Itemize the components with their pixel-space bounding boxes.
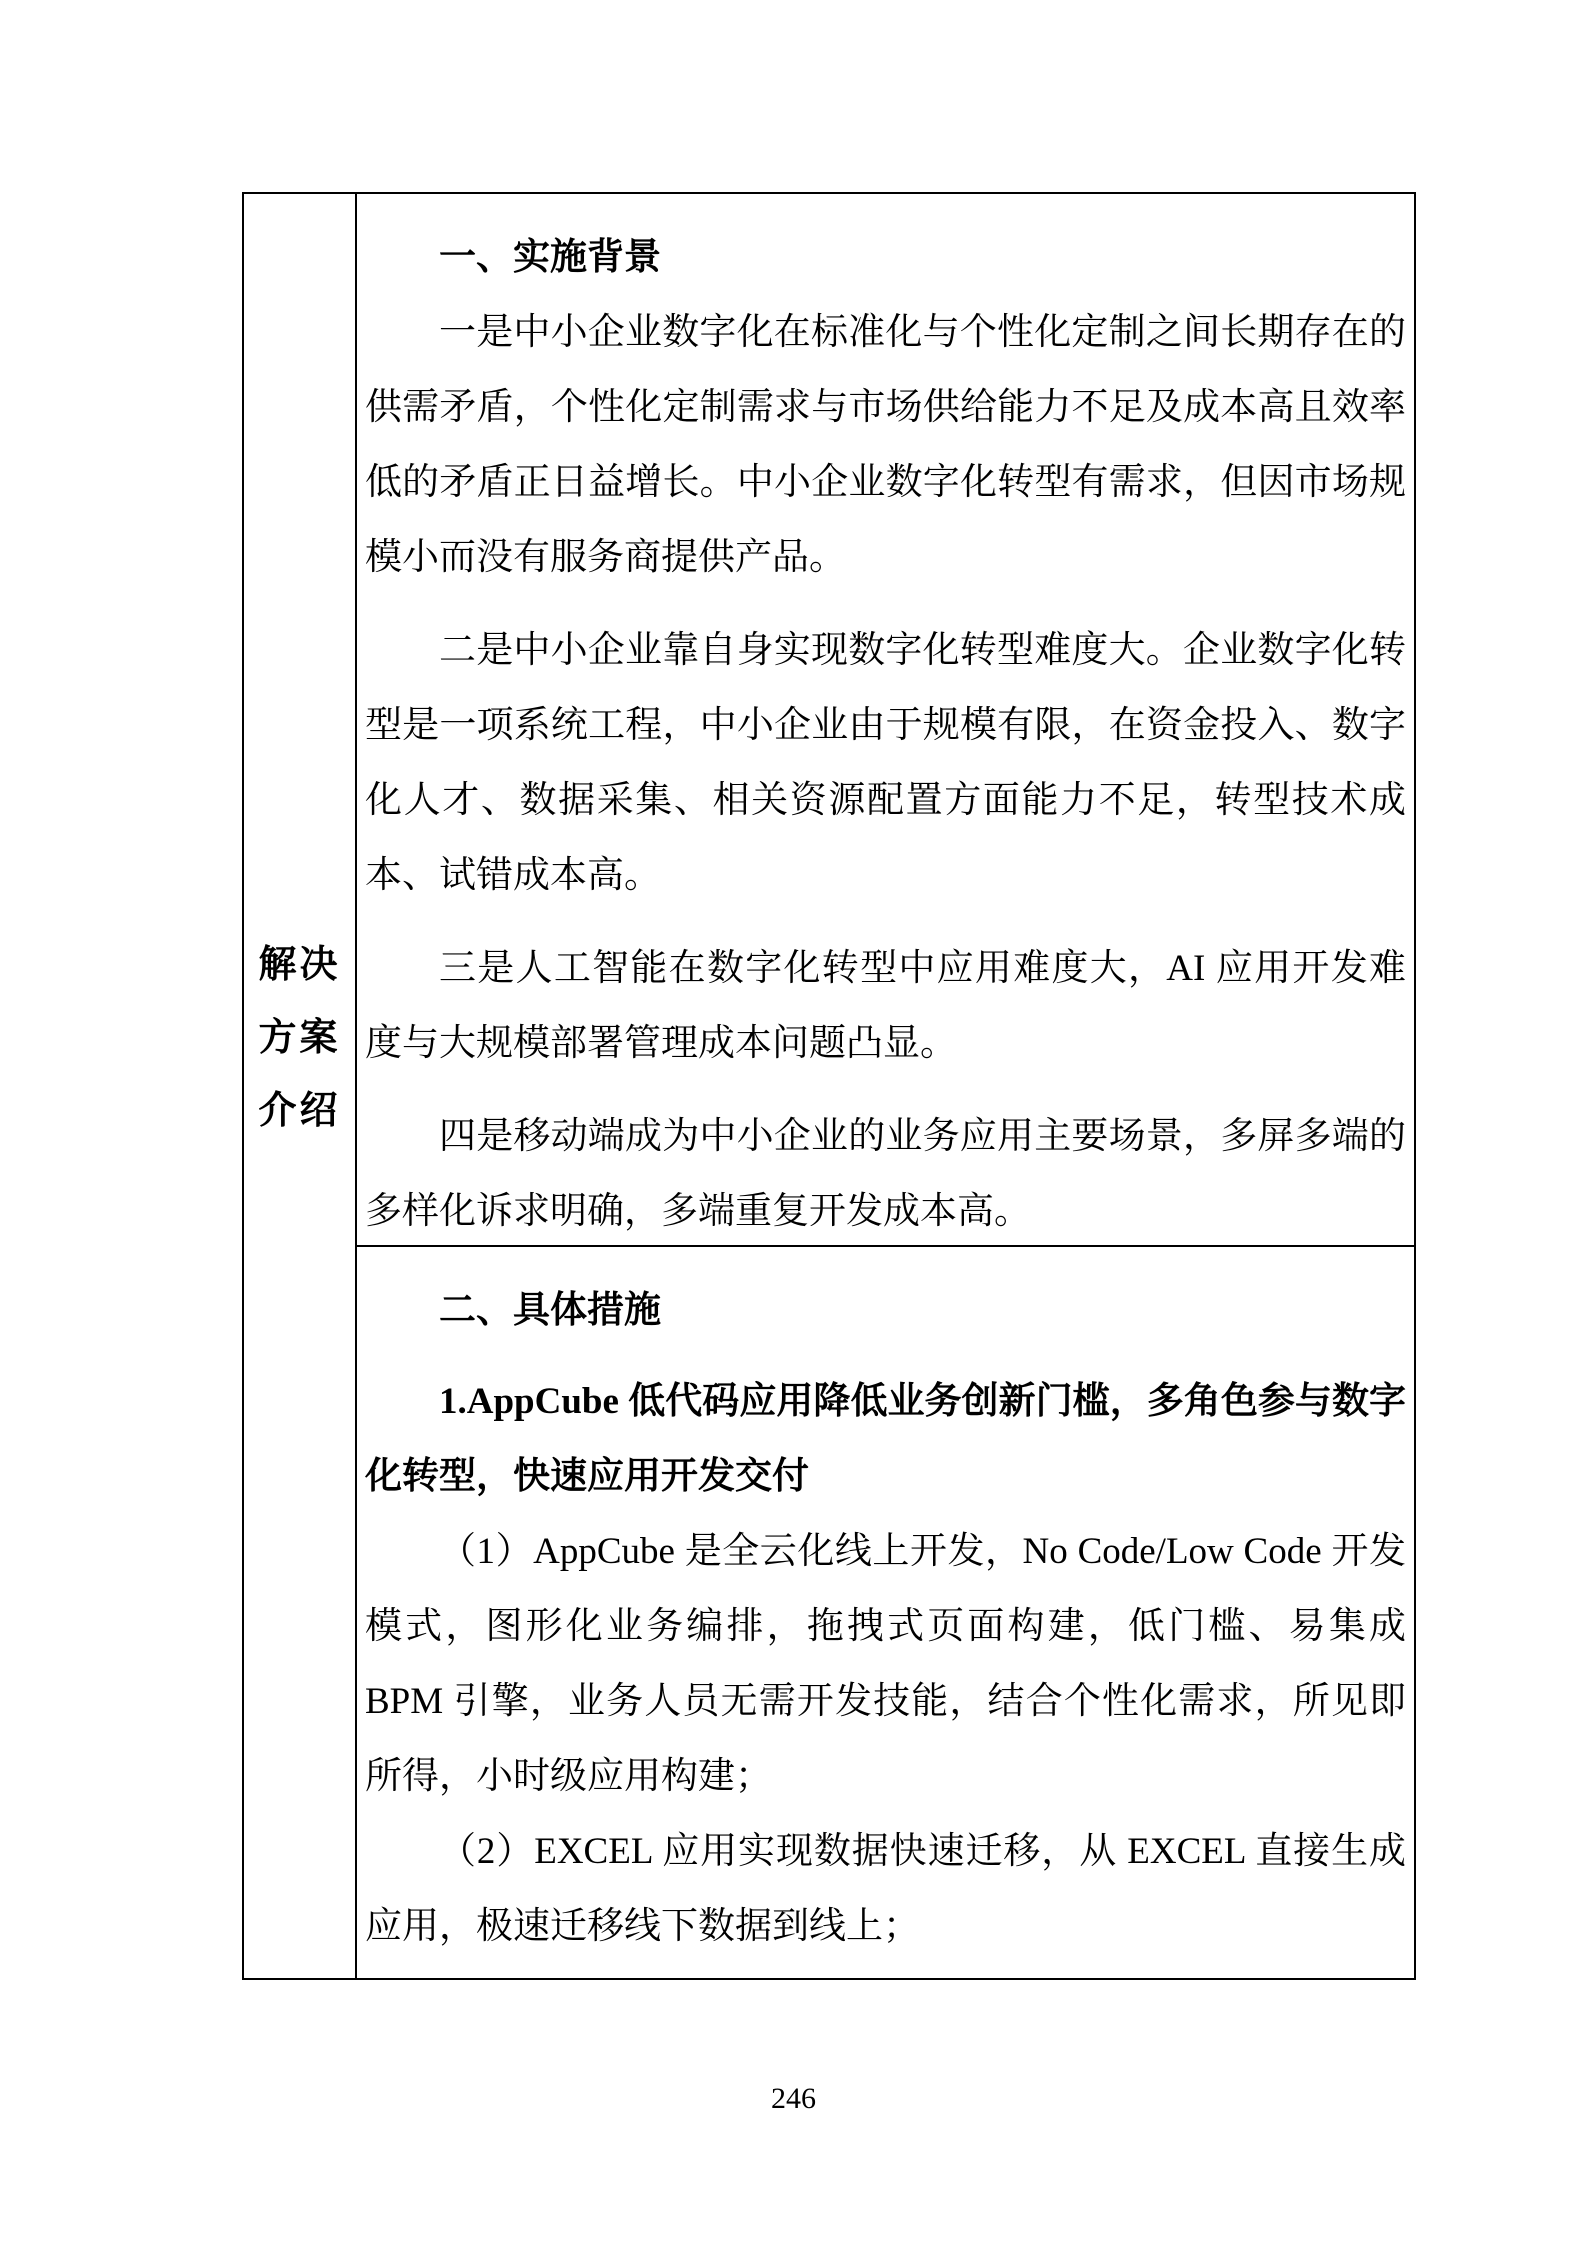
background-paragraph-4: 四是移动端成为中小企业的业务应用主要场景，多屏多端的多样化诉求明确，多端重复开发…	[365, 1099, 1406, 1247]
row-label-line-1: 解决	[258, 929, 340, 1002]
page-number: 246	[0, 2082, 1587, 2116]
row-label-cell: 解决 方案 介绍	[244, 194, 357, 1978]
measures-paragraph-1: （1）AppCube 是全云化线上开发，No Code/Low Code 开发模…	[365, 1514, 1406, 1814]
specific-measures-section: 二、具体措施 1.AppCube 低代码应用降低业务创新门槛，多角色参与数字化转…	[357, 1247, 1414, 1978]
background-paragraph-1: 一是中小企业数字化在标准化与个性化定制之间长期存在的供需矛盾，个性化定制需求与市…	[365, 295, 1406, 595]
row-label-line-3: 介绍	[258, 1075, 340, 1148]
section-heading-background: 一、实施背景	[365, 220, 1406, 295]
background-paragraph-2: 二是中小企业靠自身实现数字化转型难度大。企业数字化转型是一项系统工程，中小企业由…	[365, 613, 1406, 913]
row-label-line-2: 方案	[258, 1002, 340, 1075]
document-page: 解决 方案 介绍 一、实施背景 一是中小企业数字化在标准化与个性化定制之间长期存…	[0, 0, 1587, 2245]
content-cell: 一、实施背景 一是中小企业数字化在标准化与个性化定制之间长期存在的供需矛盾，个性…	[357, 194, 1414, 1978]
section-heading-measures: 二、具体措施	[365, 1273, 1406, 1348]
background-paragraph-3: 三是人工智能在数字化转型中应用难度大，AI 应用开发难度与大规模部署管理成本问题…	[365, 931, 1406, 1081]
measures-subheading-appcube: 1.AppCube 低代码应用降低业务创新门槛，多角色参与数字化转型，快速应用开…	[365, 1364, 1406, 1514]
row-label: 解决 方案 介绍	[258, 929, 340, 1148]
solution-intro-table: 解决 方案 介绍 一、实施背景 一是中小企业数字化在标准化与个性化定制之间长期存…	[242, 192, 1416, 1980]
implementation-background-section: 一、实施背景 一是中小企业数字化在标准化与个性化定制之间长期存在的供需矛盾，个性…	[357, 194, 1414, 1247]
measures-paragraph-2: （2）EXCEL 应用实现数据快速迁移，从 EXCEL 直接生成应用，极速迁移线…	[365, 1814, 1406, 1964]
